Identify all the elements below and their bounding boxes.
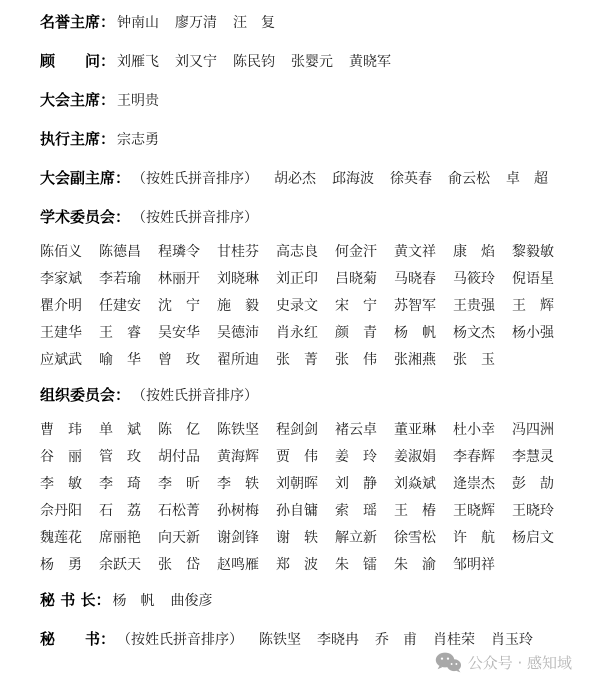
person-name: 马晓春 <box>394 266 436 293</box>
person-name: 钟南山 <box>117 15 159 32</box>
organizing-committee: 组织委员会：（按姓氏拼音排序）曹 玮单 斌陈 亿陈铁坚程剑剑褚云卓董亚琳杜小幸冯… <box>40 387 572 579</box>
person-name: 徐英春 <box>390 171 432 188</box>
name-list: 钟南山廖万清汪 复 <box>117 15 275 32</box>
member-row: 曹 玮单 斌陈 亿陈铁坚程剑剑褚云卓董亚琳杜小幸冯四洲 <box>40 417 562 444</box>
watermark: 公众号 · 感知域 <box>435 652 572 673</box>
person-name: 张 岱 <box>158 552 200 579</box>
person-name: 李 轶 <box>217 471 259 498</box>
person-name: 杨 帆 <box>394 320 436 347</box>
person-name: 李春辉 <box>453 444 495 471</box>
person-name: 黄海辉 <box>217 444 259 471</box>
member-row: 陈佰义陈德昌程璘令甘桂芬高志良何金汗黄文祥康 焰黎毅敏 <box>40 239 562 266</box>
document-body: 名誉主席：钟南山廖万清汪 复顾 问：刘雁飞刘又宁陈民钧张婴元黄晓军大会主席：王明… <box>0 0 596 649</box>
section-label: 大会副主席： <box>40 170 130 187</box>
person-name: 吕晓菊 <box>335 266 377 293</box>
person-name: 席丽艳 <box>99 525 141 552</box>
person-name: 王晓辉 <box>453 498 495 525</box>
person-name: 吴德沛 <box>217 320 259 347</box>
sort-order-note: （按姓氏拼音排序） <box>117 632 243 649</box>
person-name: 苏智军 <box>394 293 436 320</box>
person-name: 李若瑜 <box>99 266 141 293</box>
member-row: 王建华王 睿吴安华吴德沛肖永红颜 青杨 帆杨文杰杨小强 <box>40 320 562 347</box>
person-name: 杨小强 <box>512 320 554 347</box>
person-name: 王建华 <box>40 320 82 347</box>
person-name: 王明贵 <box>117 93 159 110</box>
person-name: 程剑剑 <box>276 417 318 444</box>
member-row: 谷 丽管 玫胡付品黄海辉贾 伟姜 玲姜淑娟李春辉李慧灵 <box>40 444 562 471</box>
person-name: 杨 勇 <box>40 552 82 579</box>
person-name: 胡付品 <box>158 444 200 471</box>
person-name: 谷 丽 <box>40 444 82 471</box>
person-name: 王 睿 <box>99 320 141 347</box>
person-name: 徐雪松 <box>394 525 436 552</box>
sort-order-note: （按姓氏拼音排序） <box>132 388 258 405</box>
person-name: 马筱玲 <box>453 266 495 293</box>
person-name: 黎毅敏 <box>512 239 554 266</box>
person-name: 曹 玮 <box>40 417 82 444</box>
section-label: 组织委员会： <box>40 387 130 404</box>
person-name: 杨文杰 <box>453 320 495 347</box>
person-name: 高志良 <box>276 239 318 266</box>
person-name: 石 荔 <box>99 498 141 525</box>
person-name: 谢 轶 <box>276 525 318 552</box>
person-name: 杜小幸 <box>453 417 495 444</box>
person-name: 任建安 <box>99 293 141 320</box>
person-name: 郑 波 <box>276 552 318 579</box>
section-label: 秘 书 长： <box>40 592 110 609</box>
person-name: 石松菁 <box>158 498 200 525</box>
person-name: 朱 渝 <box>394 552 436 579</box>
person-name: 宗志勇 <box>117 132 159 149</box>
person-name: 李 敏 <box>40 471 82 498</box>
person-name: 李慧灵 <box>512 444 554 471</box>
person-name: 喻 华 <box>99 347 141 374</box>
name-list: 刘雁飞刘又宁陈民钧张婴元黄晓军 <box>117 54 391 71</box>
name-list: （按姓氏拼音排序）陈铁坚李晓冉乔 甫肖桂荣肖玉玲 <box>117 632 533 649</box>
conference-chairman-line: 大会主席：王明贵 <box>40 92 572 110</box>
person-name: 颜 青 <box>335 320 377 347</box>
person-name: 刘 静 <box>335 471 377 498</box>
secretaries-line: 秘 书：（按姓氏拼音排序）陈铁坚李晓冉乔 甫肖桂荣肖玉玲 <box>40 631 572 649</box>
person-name: 俞云松 <box>448 171 490 188</box>
person-name: 史录文 <box>276 293 318 320</box>
executive-chairman-line: 执行主席：宗志勇 <box>40 131 572 149</box>
person-name: 姜 玲 <box>335 444 377 471</box>
person-name: 杨启文 <box>512 525 554 552</box>
person-name: 倪语星 <box>512 266 554 293</box>
person-name: 陈 亿 <box>158 417 200 444</box>
person-name: 赵鸣雁 <box>217 552 259 579</box>
person-name: 吴安华 <box>158 320 200 347</box>
person-name: 曾 玫 <box>158 347 200 374</box>
person-name: 谢剑锋 <box>217 525 259 552</box>
person-name: 廖万清 <box>175 15 217 32</box>
person-name: 佘丹阳 <box>40 498 82 525</box>
person-name: 刘晓琳 <box>217 266 259 293</box>
person-name: 康 焰 <box>453 239 495 266</box>
person-name: 张 玉 <box>453 347 495 374</box>
person-name: 施 毅 <box>217 293 259 320</box>
person-name: 孙自镛 <box>276 498 318 525</box>
name-list: 宗志勇 <box>117 132 159 149</box>
person-name: 杨 帆 <box>112 593 154 610</box>
section-label: 顾 问： <box>40 53 115 70</box>
person-name: 许 航 <box>453 525 495 552</box>
member-row: 佘丹阳石 荔石松菁孙树梅孙自镛索 瑶王 椿王晓辉王晓玲 <box>40 498 562 525</box>
person-name: 朱 镭 <box>335 552 377 579</box>
person-name: 张婴元 <box>291 54 333 71</box>
person-name: 王贵强 <box>453 293 495 320</box>
advisors-line: 顾 问：刘雁飞刘又宁陈民钧张婴元黄晓军 <box>40 53 572 71</box>
person-name: 逄崇杰 <box>453 471 495 498</box>
member-row: 瞿介明任建安沈 宁施 毅史录文宋 宁苏智军王贵强王 辉 <box>40 293 562 320</box>
person-name: 宋 宁 <box>335 293 377 320</box>
person-name: 余跃天 <box>99 552 141 579</box>
person-name: 邱海波 <box>332 171 374 188</box>
person-name: 索 瑶 <box>335 498 377 525</box>
person-name: 李晓冉 <box>317 632 359 649</box>
section-label: 学术委员会： <box>40 209 130 226</box>
person-name: 刘雁飞 <box>117 54 159 71</box>
person-name: 瞿介明 <box>40 293 82 320</box>
person-name: 姜淑娟 <box>394 444 436 471</box>
person-name: 胡必杰 <box>274 171 316 188</box>
person-name: 应斌武 <box>40 347 82 374</box>
person-name: 汪 复 <box>233 15 275 32</box>
person-name: 黄晓军 <box>349 54 391 71</box>
name-list: 杨 帆曲俊彦 <box>112 593 212 610</box>
sort-order-note: （按姓氏拼音排序） <box>132 210 258 227</box>
sort-order-note: （按姓氏拼音排序） <box>132 171 258 188</box>
person-name: 肖桂荣 <box>433 632 475 649</box>
person-name: 肖永红 <box>276 320 318 347</box>
person-name: 卓 超 <box>506 171 548 188</box>
person-name: 林丽开 <box>158 266 200 293</box>
member-row: 李家斌李若瑜林丽开刘晓琳刘正印吕晓菊马晓春马筱玲倪语星 <box>40 266 562 293</box>
person-name: 王 椿 <box>394 498 436 525</box>
person-name: 沈 宁 <box>158 293 200 320</box>
organizing-committee-header: 组织委员会：（按姓氏拼音排序） <box>40 387 572 405</box>
person-name: 张 菁 <box>276 347 318 374</box>
person-name: 曲俊彦 <box>170 593 212 610</box>
person-name: 李 琦 <box>99 471 141 498</box>
person-name: 肖玉玲 <box>491 632 533 649</box>
name-list: 王明贵 <box>117 93 159 110</box>
person-name: 乔 甫 <box>375 632 417 649</box>
person-name: 褚云卓 <box>335 417 377 444</box>
person-name: 刘朝晖 <box>276 471 318 498</box>
academic-committee: 学术委员会：（按姓氏拼音排序）陈佰义陈德昌程璘令甘桂芬高志良何金汗黄文祥康 焰黎… <box>40 209 572 374</box>
person-name: 向天新 <box>158 525 200 552</box>
section-label: 大会主席： <box>40 92 115 109</box>
secretary-general-line: 秘 书 长：杨 帆曲俊彦 <box>40 592 572 610</box>
member-row: 李 敏李 琦李 昕李 轶刘朝晖刘 静刘焱斌逄崇杰彭 劼 <box>40 471 562 498</box>
person-name: 贾 伟 <box>276 444 318 471</box>
person-name: 彭 劼 <box>512 471 554 498</box>
wechat-icon <box>435 652 462 673</box>
member-row: 魏莲花席丽艳向天新谢剑锋谢 轶解立新徐雪松许 航杨启文 <box>40 525 562 552</box>
member-row: 杨 勇余跃天张 岱赵鸣雁郑 波朱 镭朱 渝邹明祥 <box>40 552 562 579</box>
person-name: 王晓玲 <box>512 498 554 525</box>
person-name: 程璘令 <box>158 239 200 266</box>
person-name: 陈铁坚 <box>259 632 301 649</box>
person-name: 邹明祥 <box>453 552 495 579</box>
person-name: 陈民钧 <box>233 54 275 71</box>
person-name: 刘又宁 <box>175 54 217 71</box>
person-name: 陈德昌 <box>99 239 141 266</box>
section-label: 执行主席： <box>40 131 115 148</box>
person-name: 单 斌 <box>99 417 141 444</box>
person-name: 黄文祥 <box>394 239 436 266</box>
person-name: 解立新 <box>335 525 377 552</box>
person-name: 王 辉 <box>512 293 554 320</box>
person-name: 刘正印 <box>276 266 318 293</box>
person-name: 翟所迪 <box>217 347 259 374</box>
person-name: 张 伟 <box>335 347 377 374</box>
member-row: 应斌武喻 华曾 玫翟所迪张 菁张 伟张湘燕张 玉 <box>40 347 562 374</box>
honorary-chairmen-line: 名誉主席：钟南山廖万清汪 复 <box>40 14 572 32</box>
person-name: 冯四洲 <box>512 417 554 444</box>
person-name: 管 玫 <box>99 444 141 471</box>
person-name: 陈佰义 <box>40 239 82 266</box>
person-name: 甘桂芬 <box>217 239 259 266</box>
watermark-text: 公众号 · 感知域 <box>468 652 572 673</box>
academic-committee-header: 学术委员会：（按姓氏拼音排序） <box>40 209 572 227</box>
person-name: 李 昕 <box>158 471 200 498</box>
section-label: 名誉主席： <box>40 14 115 31</box>
person-name: 董亚琳 <box>394 417 436 444</box>
vice-chairmen-line: 大会副主席：（按姓氏拼音排序）胡必杰邱海波徐英春俞云松卓 超 <box>40 170 572 188</box>
person-name: 陈铁坚 <box>217 417 259 444</box>
person-name: 魏莲花 <box>40 525 82 552</box>
person-name: 张湘燕 <box>394 347 436 374</box>
person-name: 孙树梅 <box>217 498 259 525</box>
person-name: 刘焱斌 <box>394 471 436 498</box>
name-list: （按姓氏拼音排序）胡必杰邱海波徐英春俞云松卓 超 <box>132 171 548 188</box>
person-name: 李家斌 <box>40 266 82 293</box>
section-label: 秘 书： <box>40 631 115 648</box>
person-name: 何金汗 <box>335 239 377 266</box>
